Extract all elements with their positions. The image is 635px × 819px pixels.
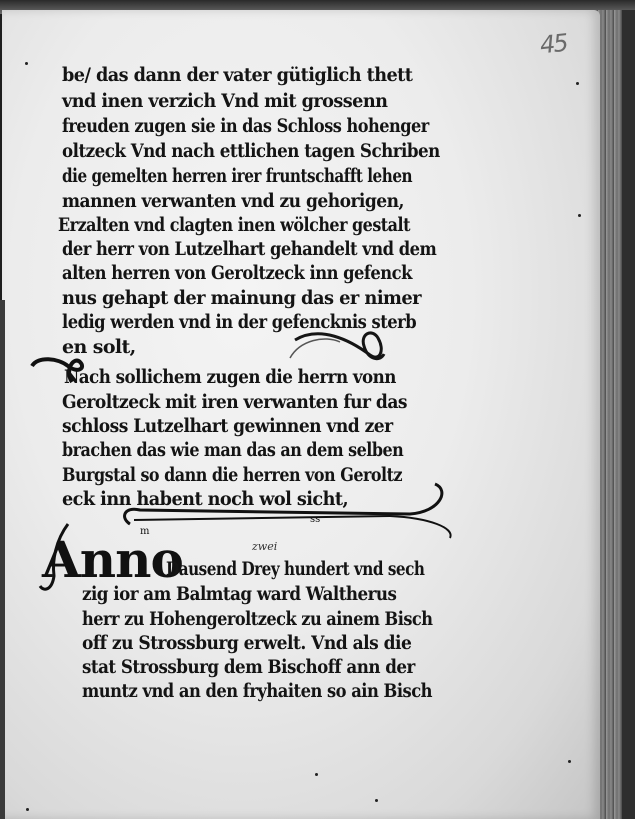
text-line: Dausend Drey hundert vnd sech — [166, 558, 424, 580]
text-line: der herr von Lutzelhart gehandelt vnd de… — [62, 238, 436, 260]
text-line: die gemelten herren irer fruntschafft le… — [62, 165, 412, 187]
text-line: stat Strossburg dem Bischoff ann der — [82, 656, 415, 678]
text-line: schloss Lutzelhart gewinnen vnd zer — [62, 415, 393, 437]
text-line: vnd inen verzich Vnd mit grossenn — [62, 90, 387, 112]
text-line: muntz vnd an den fryhaiten so ain Bisch — [82, 680, 432, 702]
svg-text:ss: ss — [310, 514, 320, 525]
text-line: alten herren von Geroltzeck inn gefenck — [62, 262, 412, 284]
scan-speck — [568, 760, 571, 763]
text-line: mannen verwanten vnd zu gehorigen, — [62, 190, 404, 212]
text-line: Erzalten vnd clagten inen wölcher gestal… — [58, 214, 410, 236]
book-cover-edge — [622, 10, 635, 819]
text-line: Nach sollichem zugen die herrn vonn — [64, 366, 396, 388]
text-line: nus gehapt der mainung das er nimer — [62, 287, 421, 309]
text-line: be/ das dann der vater gütiglich thett — [62, 64, 412, 86]
scan-speck — [578, 214, 581, 217]
text-line: off zu Strossburg erwelt. Vnd als die — [82, 632, 411, 654]
text-line: Geroltzeck mit iren verwanten fur das — [62, 391, 407, 413]
scan-speck — [576, 82, 579, 85]
text-line: oltzeck Vnd nach ettlichen tagen Schribe… — [62, 140, 440, 162]
folio-number: 45 — [539, 29, 568, 60]
page-left-shadow — [0, 300, 5, 819]
interlinear-gloss: zwei — [252, 540, 277, 553]
text-line: herr zu Hohengeroltzeck zu ainem Bisch — [82, 608, 432, 630]
decorated-initial-anno: Anno — [42, 530, 183, 589]
scan-speck — [315, 773, 318, 776]
text-line: zig ior am Balmtag ward Waltherus — [82, 583, 396, 605]
scan-speck — [375, 799, 378, 802]
text-line: brachen das wie man das an dem selben — [62, 439, 403, 461]
text-line: freuden zugen sie in das Schloss hohenge… — [62, 115, 429, 137]
scan-speck — [25, 62, 28, 65]
scan-speck — [26, 808, 29, 811]
